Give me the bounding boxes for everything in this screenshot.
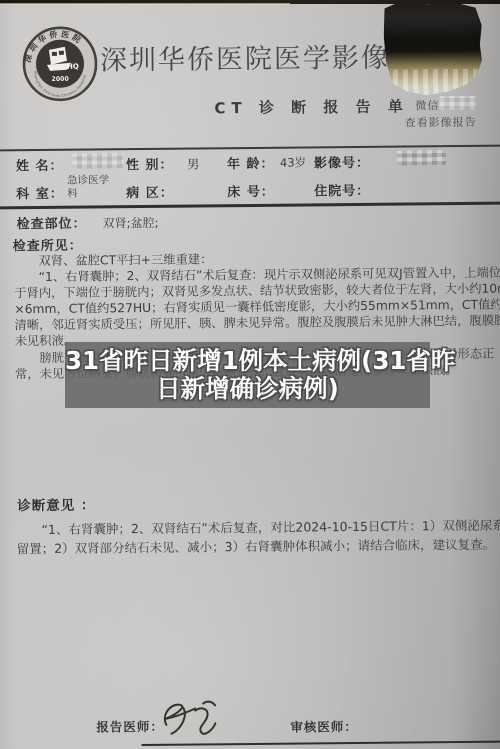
diagnosis-label: 诊断意见 ： bbox=[17, 493, 95, 514]
doctor-signature bbox=[150, 694, 226, 743]
hospital-title: 深圳华侨医院医学影像科 bbox=[100, 35, 419, 77]
review-doctor-label: 审核医师： bbox=[290, 717, 358, 736]
report-title: CT 诊 断 报 告 单 bbox=[214, 95, 409, 118]
image-number-label: 影像号： bbox=[314, 152, 370, 172]
hospital-seal-icon: 深圳华侨医院 Shenzhen Overseas Chinese Hospita… bbox=[21, 24, 100, 103]
patient-name-label: 姓 名： bbox=[16, 155, 64, 174]
admission-number-label: 住院号： bbox=[314, 180, 370, 200]
divider-header bbox=[0, 202, 500, 209]
image-number-redaction bbox=[397, 150, 446, 165]
bed-label: 床 号： bbox=[227, 181, 275, 200]
department-label: 科 室： bbox=[16, 183, 64, 202]
photo-top-edge-glint bbox=[0, 3, 290, 5]
gender-label: 性 别： bbox=[126, 154, 174, 173]
seal-year: 2000 bbox=[52, 76, 70, 83]
age-label: 年 龄： bbox=[227, 153, 275, 172]
qr-code-redaction bbox=[382, 0, 483, 99]
seal-monogram: HQ bbox=[67, 63, 79, 71]
department-value: 急诊医学科 bbox=[67, 174, 117, 200]
news-overlay-line2: 日新增确诊病例) bbox=[65, 375, 430, 403]
wechat-view-hint: 查看影像报告 bbox=[405, 114, 477, 131]
findings-label: 检查所见： bbox=[13, 235, 83, 255]
news-overlay-line1: 31省昨日新增1例本土病例(31省昨 bbox=[65, 347, 430, 375]
wechat-hint-redaction bbox=[439, 96, 476, 110]
patient-name-redaction bbox=[72, 153, 124, 168]
gender-value: 男 bbox=[187, 154, 200, 172]
exam-part-label: 检查部位： bbox=[16, 213, 86, 233]
age-value: 43岁 bbox=[280, 154, 306, 170]
ward-label: 病 区： bbox=[126, 182, 174, 201]
report-photo: 深圳华侨医院 Shenzhen Overseas Chinese Hospita… bbox=[0, 0, 500, 749]
diagnosis-line: 留置；2）双肾部分结石未见、减小；3）右肾囊肿体积减小；请结合临床，建议复查。 bbox=[17, 535, 495, 559]
diagnosis-text: “1、右肾囊肿；2、双肾结石”术后复查，对比2024-10-15日CT片：1）双… bbox=[16, 516, 494, 559]
news-overlay-banner: 31省昨日新增1例本土病例(31省昨 日新增确诊病例) bbox=[65, 342, 430, 408]
exam-part-value: 双肾;盆腔; bbox=[102, 214, 158, 232]
